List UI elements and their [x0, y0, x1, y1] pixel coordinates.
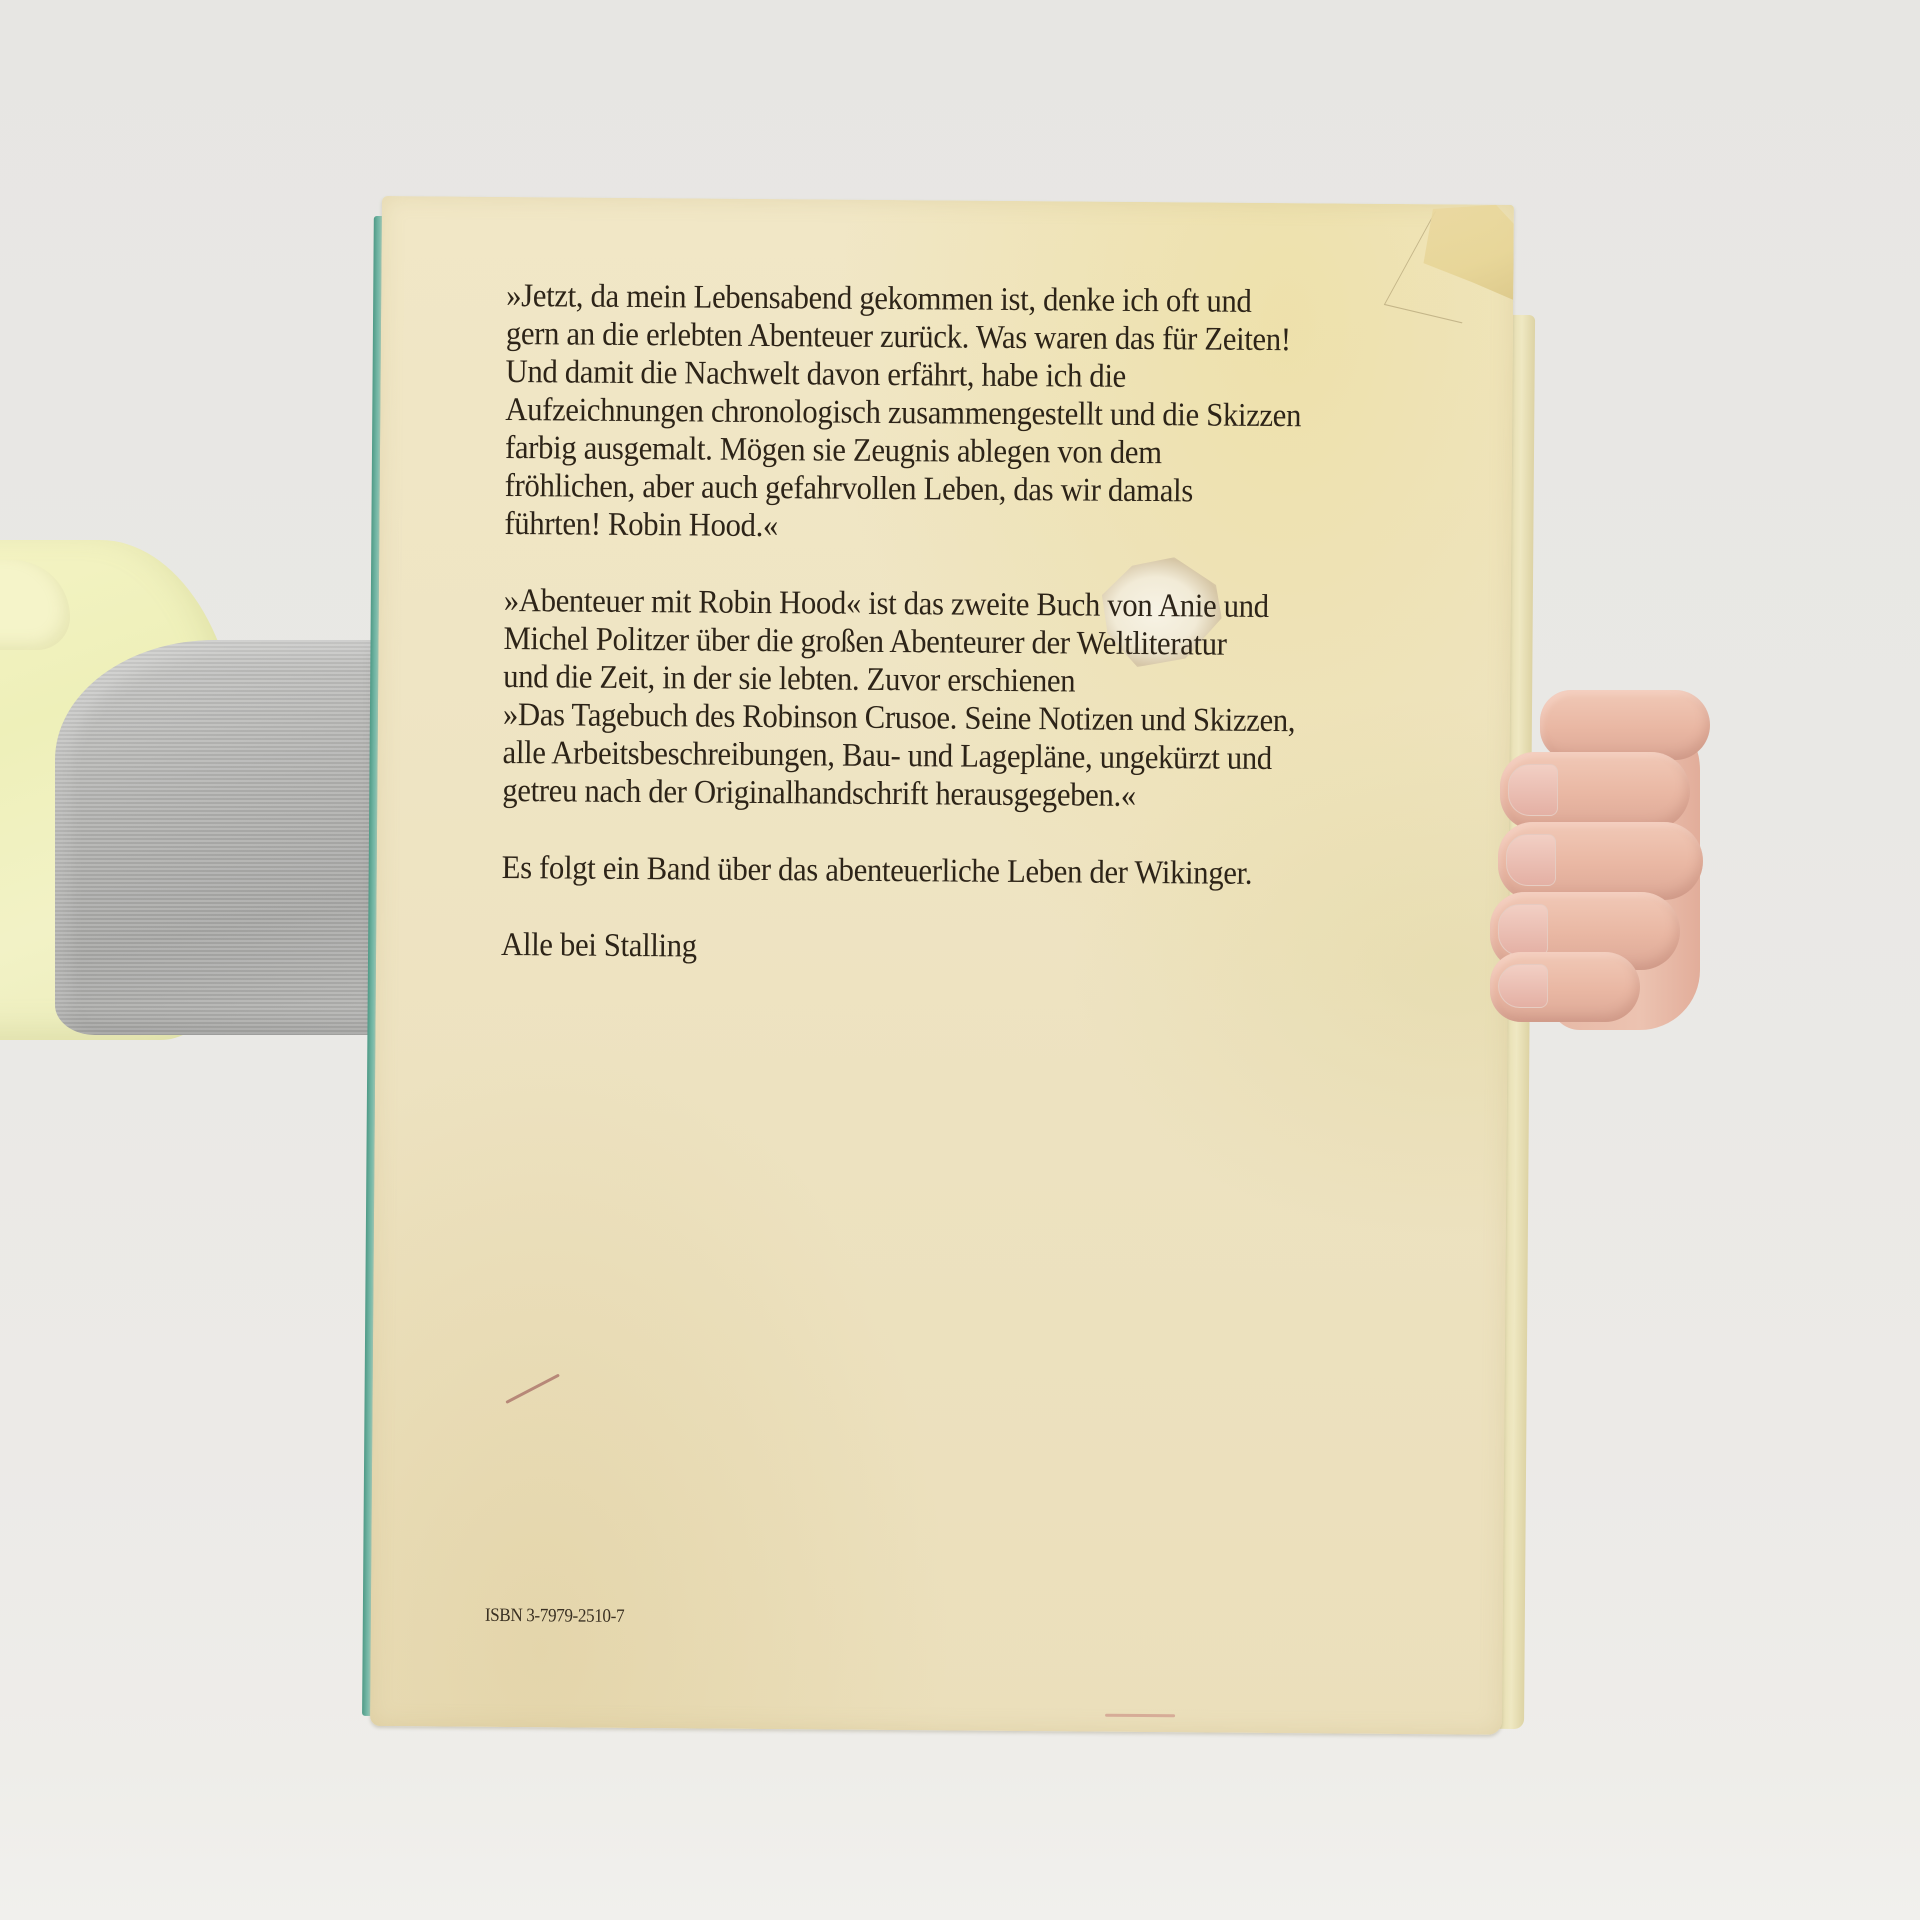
- grey-sleeve-cuff: [55, 640, 385, 1035]
- stain-mark: [505, 1374, 560, 1404]
- blurb-paragraph-publisher: Alle bei Stalling: [501, 926, 1431, 971]
- text-line: führten! Robin Hood.«: [504, 505, 1434, 550]
- blurb-paragraph-about: »Abenteuer mit Robin Hood« ist das zweit…: [502, 582, 1434, 817]
- fingernail: [1508, 764, 1558, 816]
- text-line: Es folgt ein Band über das abenteuerlich…: [502, 849, 1432, 894]
- blurb-paragraph-quote: »Jetzt, da mein Lebensabend gekommen ist…: [504, 277, 1436, 550]
- book: »Jetzt, da mein Lebensabend gekommen ist…: [370, 196, 1514, 1735]
- book-back-cover: »Jetzt, da mein Lebensabend gekommen ist…: [370, 196, 1514, 1735]
- isbn-number: ISBN 3-7979-2510-7: [485, 1605, 625, 1628]
- finger-index: [1540, 690, 1710, 760]
- text-line: Alle bei Stalling: [501, 926, 1431, 971]
- photo-scene: »Jetzt, da mein Lebensabend gekommen ist…: [0, 0, 1920, 1920]
- finger-middle: [1500, 752, 1690, 830]
- fingernail: [1506, 834, 1556, 886]
- back-cover-blurb: »Jetzt, da mein Lebensabend gekommen ist…: [501, 277, 1437, 1010]
- fingernail: [1498, 964, 1548, 1008]
- text-line: getreu nach der Originalhandschrift hera…: [502, 772, 1432, 817]
- edge-wear-mark: [1105, 1714, 1175, 1718]
- blurb-paragraph-next-volume: Es folgt ein Band über das abenteuerlich…: [502, 849, 1432, 894]
- finger-lower: [1490, 952, 1640, 1022]
- right-hand: [1490, 680, 1730, 1040]
- finger-ring: [1498, 822, 1703, 900]
- fingernail: [1498, 904, 1548, 956]
